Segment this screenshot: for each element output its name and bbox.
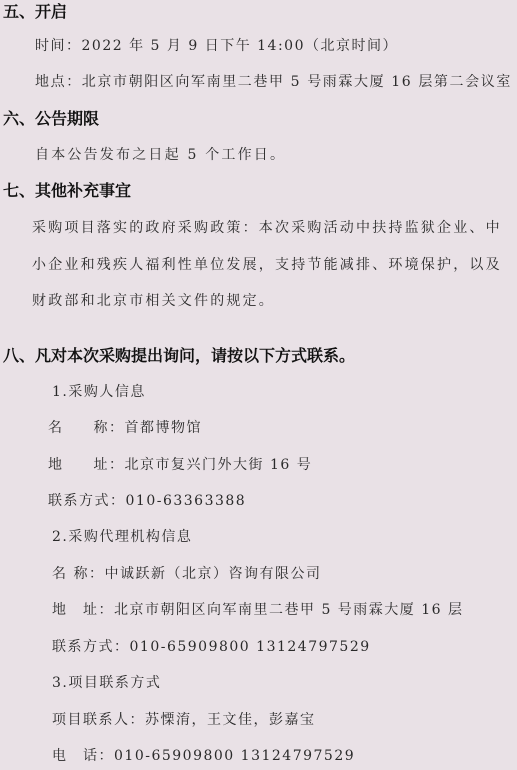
purchaser-addr-label-a: 地 <box>48 457 64 473</box>
purchaser-contact-label: 联系方式： <box>48 493 126 509</box>
purchaser-name-value: 首都博物馆 <box>125 420 203 436</box>
purchaser-contact: 联系方式：010-63363388 <box>48 492 246 510</box>
project-phone-value: 010-65909800 13124797529 <box>114 748 355 764</box>
purchaser-name: 名称：首都博物馆 <box>48 419 202 437</box>
purchaser-addr-label-b: 址： <box>94 457 125 473</box>
opening-time: 时间：2022 年 5 月 9 日下午 14:00（北京时间） <box>35 37 398 55</box>
agency-name-label: 名 称： <box>52 566 104 582</box>
agency-addr-label: 地 址： <box>52 602 114 618</box>
section-8-heading: 八、凡对本次采购提出询问，请按以下方式联系。 <box>3 346 355 366</box>
agency-address: 地 址：北京市朝阳区向军南里二巷甲 5 号雨霖大厦 16 层 <box>52 601 464 619</box>
project-people-label: 项目联系人： <box>52 712 145 728</box>
agency-addr-value: 北京市朝阳区向军南里二巷甲 5 号雨霖大厦 16 层 <box>114 602 464 618</box>
section-6-heading: 六、公告期限 <box>3 109 99 129</box>
purchaser-info-title: 1.采购人信息 <box>52 383 146 401</box>
agency-name-value: 中诚跃新（北京）咨询有限公司 <box>104 566 321 582</box>
project-contact-phone: 电 话：010-65909800 13124797529 <box>52 747 355 765</box>
project-contact-people: 项目联系人：苏慄淯，王文佳，彭嘉宝 <box>52 711 316 729</box>
project-contact-title: 3.项目联系方式 <box>52 674 161 692</box>
agency-contact: 联系方式：010-65909800 13124797529 <box>52 638 371 656</box>
project-people-value: 苏慄淯，王文佳，彭嘉宝 <box>145 712 316 728</box>
agency-info-title: 2.采购代理机构信息 <box>52 528 192 546</box>
policy-line-2: 小企业和残疾人福利性单位发展，支持节能减排、环境保护，以及 <box>32 256 502 274</box>
agency-contact-label: 联系方式： <box>52 639 130 655</box>
section-7-heading: 七、其他补充事宜 <box>3 181 131 201</box>
purchaser-address: 地址：北京市复兴门外大街 16 号 <box>48 456 312 474</box>
purchaser-contact-value: 010-63363388 <box>126 493 247 509</box>
project-phone-label: 电 话： <box>52 748 114 764</box>
purchaser-addr-value: 北京市复兴门外大街 16 号 <box>125 457 313 473</box>
section-5-heading: 五、开启 <box>3 2 67 22</box>
purchaser-name-label-a: 名 <box>48 420 64 436</box>
opening-place: 地点：北京市朝阳区向军南里二巷甲 5 号雨霖大厦 16 层第二会议室 <box>35 73 512 91</box>
agency-name: 名 称：中诚跃新（北京）咨询有限公司 <box>52 565 321 583</box>
notice-period-text: 自本公告发布之日起 5 个工作日。 <box>35 146 286 164</box>
agency-contact-value: 010-65909800 13124797529 <box>130 639 371 655</box>
policy-line-3: 财政部和北京市相关文件的规定。 <box>32 292 275 310</box>
purchaser-name-label-b: 称： <box>94 420 125 436</box>
policy-line-1: 采购项目落实的政府采购政策：本次采购活动中扶持监狱企业、中 <box>32 219 502 237</box>
